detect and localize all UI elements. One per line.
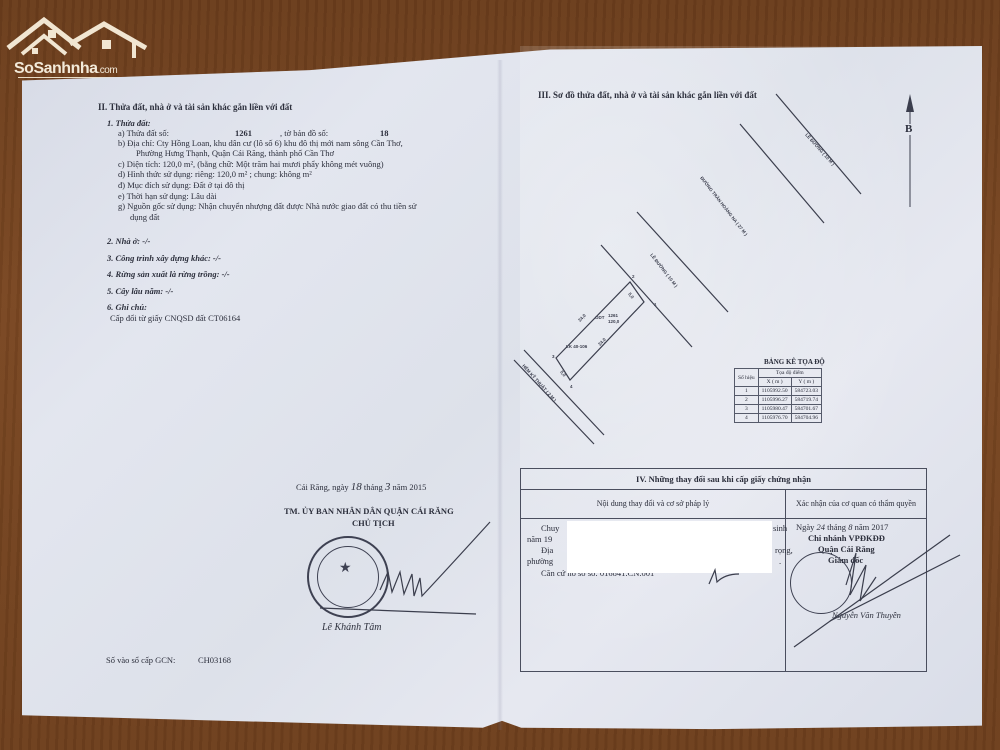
house-item: 2. Nhà ở: -/-	[107, 236, 150, 247]
col-content-header: Nội dung thay đổi và cơ sở pháp lý	[521, 490, 785, 519]
col-point: Số hiệu	[735, 369, 759, 387]
label-sidewalk-near: LỀ ĐƯỜNG ( 10 M )	[649, 251, 680, 288]
svg-text:5,0: 5,0	[559, 370, 567, 378]
notes-heading: 6. Ghi chú:	[107, 302, 147, 313]
dossier-initial	[705, 568, 745, 588]
changes-content-column: Nội dung thay đổi và cơ sở pháp lý Chuy …	[521, 490, 786, 671]
svg-text:LK 40-106: LK 40-106	[566, 344, 588, 349]
col-x: X ( m )	[758, 378, 791, 387]
house-roof-icon	[4, 12, 154, 62]
redacted-area	[567, 521, 772, 573]
svg-text:2: 2	[632, 274, 635, 279]
label-technical-lane: HẺM KỸ THUẬT ( 2 M )	[521, 363, 558, 403]
table-row: 11105992.50584723.03	[735, 387, 822, 396]
section-ii-title: II. Thửa đất, nhà ở và tài sản khác gắn …	[98, 102, 292, 113]
svg-text:1261: 1261	[608, 313, 619, 318]
registry-label: Số vào sổ cấp GCN:	[106, 655, 175, 666]
col-y: Y ( m )	[791, 378, 821, 387]
notes-text: Cấp đổi từ giấy CNQSD đất CT06164	[110, 313, 240, 324]
change-line-1-start: Chuy	[541, 523, 559, 534]
svg-text:4: 4	[570, 384, 573, 389]
label-sidewalk-top: LỀ ĐƯỜNG ( 10 M )	[804, 131, 837, 167]
chairman-signature	[300, 516, 500, 626]
label-main-road: ĐƯỜNG TRẦN HOÀNG NA ( 27 M )	[699, 174, 750, 237]
origin-line-1: g) Nguồn gốc sử dụng: Nhận chuyển nhượng…	[118, 201, 416, 212]
registry-number: CH03168	[198, 655, 231, 666]
signing-date: Cái Răng, ngày 18 tháng 3 năm 2015	[296, 482, 426, 493]
chairman-name: Lê Khánh Tâm	[322, 622, 381, 633]
origin-line-2: dụng đất	[130, 212, 160, 223]
col-confirm-header: Xác nhận của cơ quan có thẩm quyền	[786, 490, 926, 519]
svg-text:ODT: ODT	[595, 315, 605, 320]
north-arrow-icon	[900, 92, 920, 212]
svg-text:5,0: 5,0	[627, 292, 635, 300]
brand-name: SoSanhnha.com	[14, 60, 117, 78]
svg-text:24,0: 24,0	[577, 313, 587, 323]
perennial-item: 5. Cây lâu năm: -/-	[107, 286, 173, 297]
svg-text:3: 3	[552, 354, 555, 359]
change-line-2-start: năm 19	[527, 534, 552, 545]
director-signature	[790, 525, 970, 655]
forest-item: 4. Rừng sản xuất là rừng trồng: -/-	[107, 269, 230, 280]
purpose-line: đ) Mục đích sử dụng: Đất ở tại đô thị	[118, 180, 244, 191]
table-row: 41105976.70584704.96	[735, 414, 822, 423]
usage-form-line: d) Hình thức sử dụng: riêng: 120,0 m² ; …	[118, 169, 312, 180]
svg-text:120,0: 120,0	[608, 319, 620, 324]
changes-title: IV. Những thay đổi sau khi cấp giấy chứn…	[521, 469, 926, 490]
change-line-3-start: Địa	[541, 545, 553, 556]
col-group: Tọa độ điểm	[758, 369, 821, 378]
coords-table-title: BẢNG KÊ TỌA ĐỘ	[764, 358, 825, 366]
other-works-item: 3. Công trình xây dựng khác: -/-	[107, 253, 221, 264]
svg-text:1: 1	[654, 302, 657, 307]
table-row: 31105980.47584701.67	[735, 405, 822, 414]
address-line-2: Phường Hưng Thạnh, Quận Cái Răng, thành …	[136, 148, 334, 159]
table-row: 21105996.27584719.74	[735, 396, 822, 405]
north-label: B	[905, 124, 912, 135]
land-plot-diagram: LỀ ĐƯỜNG ( 10 M ) ĐƯỜNG TRẦN HOÀNG NA ( …	[500, 90, 880, 450]
change-line-4-start: phường	[527, 556, 553, 567]
change-line-4-end: .	[779, 556, 781, 567]
coordinates-table: Số hiệu Tọa độ điểm X ( m ) Y ( m ) 1110…	[734, 368, 822, 423]
